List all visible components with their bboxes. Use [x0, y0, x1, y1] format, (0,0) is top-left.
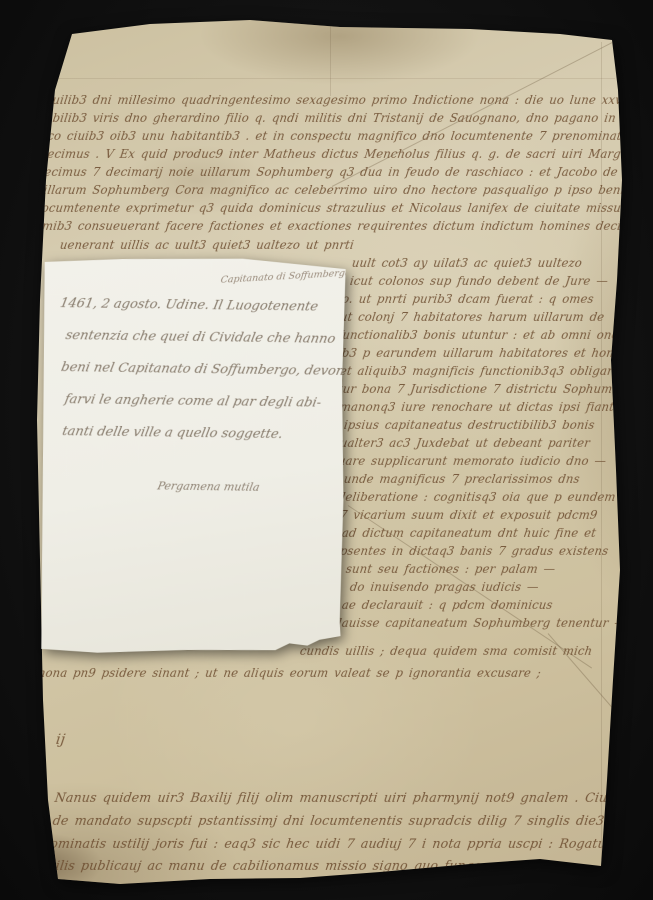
note-caption: Capitanato di Soffumbergo.	[220, 268, 351, 286]
manuscript-line: unde magnificus 7 preclarissimos dns	[343, 472, 629, 486]
manuscript-line: ualter3 ac3 Juxdebat ut debeant pariter	[339, 436, 629, 450]
manuscript-line: functionalib3 bonis utuntur : et ab omni…	[337, 328, 629, 342]
note-text-line: sentenzia che quei di Cividale che hanno	[64, 328, 347, 347]
manuscript-line: nona pn9 psidere sinant ; ut ne aliquis …	[37, 666, 629, 680]
manuscript-line: gico ciuib3 oib3 unu habitantib3 . et in…	[35, 129, 629, 143]
manuscript-line: Gnominatis ustilij joris fui : eaq3 sic …	[31, 836, 629, 851]
manuscript-line: L. de mandato supscpti pstantissimj dni …	[33, 813, 629, 828]
manuscript-line: decimus . V Ex quid produc9 inter Matheu…	[39, 147, 629, 161]
manuscript-line: uillarum Sophumberg Cora magnifico ac ce…	[35, 183, 629, 197]
manuscript-line: uare supplicarunt memorato iudicio dno —	[337, 454, 629, 468]
manuscript-line: tur bona 7 Jurisdictione 7 districtu Sop…	[337, 382, 631, 396]
fold-line-vertical	[330, 26, 331, 96]
note-text-line: farvi le angherie come al par degli abi-	[63, 392, 346, 411]
manuscript-photograph: ciuilib3 dni millesimo quadringentesimo …	[0, 0, 653, 900]
manuscript-line: et aliquib3 magnificis functionib3q3 obl…	[339, 364, 629, 378]
archival-note: Capitanato di Soffumbergo. 1461, 2 agost…	[37, 256, 347, 658]
note-footnote: Pergamena mutila	[156, 480, 260, 494]
manuscript-line: omib3 consueuerant facere factiones et e…	[34, 219, 629, 233]
manuscript-line: uenerant uillis ac uult3 quiet3 ualtezo …	[59, 238, 629, 252]
manuscript-line: uult cot3 ay uilat3 ac quiet3 uultezo	[351, 256, 629, 270]
manuscript-line: icut colonos sup fundo debent de Jure —	[349, 274, 629, 288]
fold-line-horizontal	[50, 78, 615, 79]
manuscript-line: ipsius capitaneatus destructibilib3 boni…	[343, 418, 629, 432]
manuscript-line: sunt seu factiones : per palam —	[345, 562, 629, 576]
note-paper: Capitanato di Soffumbergo. 1461, 2 agost…	[37, 256, 347, 658]
manuscript-line: ae declarauit : q pdcm dominicus	[341, 598, 629, 612]
note-date-line: 1461, 2 agosto. Udine. Il Luogotenente	[59, 296, 342, 315]
manuscript-line: psentes in dictaq3 banis 7 gradus existe…	[339, 544, 629, 558]
manuscript-line: zo. ut pnrti purib3 dcam fuerat : q omes	[335, 292, 629, 306]
manuscript-line: ciuilib3 dni millesimo quadringentesimo …	[41, 93, 629, 107]
manuscript-line: deliberatione : cognitisq3 oia que p eun…	[337, 490, 629, 504]
manuscript-line: do inuisendo pragas iudicis —	[349, 580, 629, 594]
manuscript-line: locumtenente exprimetur q3 quida dominic…	[37, 201, 629, 215]
manuscript-line: b3 p earundem uillarum habitatores et ho…	[341, 346, 629, 360]
manuscript-line: decimus 7 decimarij noie uillarum Sophum…	[36, 165, 628, 179]
margin-mark: ij	[55, 732, 87, 748]
manuscript-line: nobilib3 viris dno gherardino filio q. q…	[37, 111, 629, 125]
note-text-line: beni nel Capitanato di Soffumbergo, devo…	[60, 360, 343, 379]
manuscript-line: — Nanus quidem uir3 Baxilij filij olim m…	[35, 790, 629, 805]
manuscript-line: ad dictum capitaneatum dnt huic fine et	[341, 526, 629, 540]
manuscript-line: manonq3 iure renochare ut dictas ipsi fi…	[339, 400, 629, 414]
manuscript-line: ut colonj 7 habitatores harum uillarum d…	[339, 310, 629, 324]
manuscript-line: edilis publicauj ac manu de cabilionamus…	[39, 858, 601, 873]
manuscript-line: cundis uillis ; dequa quidem sma comisit…	[299, 644, 629, 658]
note-text-line: tanti delle ville a quello soggette.	[61, 424, 344, 443]
manuscript-line: lauisse capitaneatum Sophumberg tenentur…	[337, 616, 629, 630]
manuscript-line: 7 vicarium suum dixit et exposuit pdcm9	[339, 508, 629, 522]
